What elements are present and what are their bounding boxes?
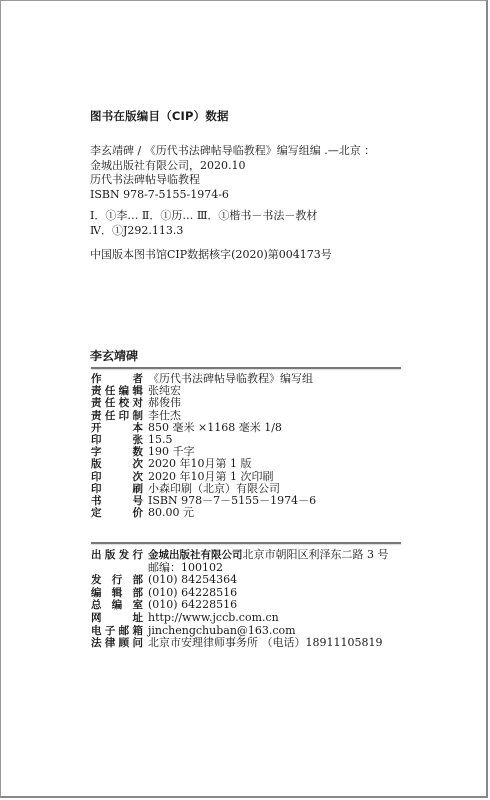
- contact-value: (010) 84254364: [143, 574, 237, 587]
- cip-line: 历代书法碑帖导临教程: [90, 173, 375, 188]
- detail-value: 郝俊伟: [143, 397, 181, 409]
- detail-value: 2020 年10月第 1 版: [143, 458, 251, 470]
- contact-row-distribution: 发行部 (010) 84254364: [91, 574, 389, 587]
- book-title: 李玄靖碑: [90, 347, 138, 364]
- book-details: 作者 《历代书法碑帖导临教程》编写组 责任编辑 张纯宏 责任校对 郝俊伟 责任印…: [91, 373, 316, 519]
- detail-label: 责任校对: [91, 397, 143, 409]
- detail-row-print-supervisor: 责任印制 李仕杰: [91, 410, 316, 422]
- detail-label: 责任编辑: [91, 385, 143, 397]
- detail-value: 李仕杰: [143, 410, 181, 422]
- detail-row-sheets: 印张 15.5: [91, 434, 316, 446]
- detail-label: 作者: [91, 373, 143, 385]
- contact-label: 法律顾问: [91, 637, 143, 650]
- detail-row-edition: 版次 2020 年10月第 1 版: [91, 458, 316, 470]
- cip-record: 李玄靖碑 / 《历代书法碑帖导临教程》编写组编 .—北京 ： 金城出版社有限公司…: [90, 144, 375, 202]
- contact-row-website: 网址 http://www.jccb.com.cn: [91, 612, 389, 625]
- detail-label: 书号: [91, 495, 143, 507]
- website-link[interactable]: http://www.jccb.com.cn: [143, 612, 279, 625]
- publisher-info: 出版发行 金城出版社有限公司 北京市朝阳区利泽东二路 3 号 邮编：100102…: [91, 549, 389, 650]
- cip-line: 李玄靖碑 / 《历代书法碑帖导临教程》编写组编 .—北京 ：: [90, 144, 375, 159]
- detail-row-format: 开本 850 毫米 ×1168 毫米 1/8: [91, 422, 316, 434]
- detail-row-isbn: 书号 ISBN 978－7－5155－1974－6: [91, 495, 316, 507]
- detail-label: 版次: [91, 458, 143, 470]
- divider-top: [91, 367, 401, 369]
- detail-label: 定价: [91, 507, 143, 519]
- cip-line: 金城出版社有限公司，2020.10: [90, 159, 375, 174]
- detail-label: 开本: [91, 422, 143, 434]
- contact-label: 发行部: [91, 574, 143, 587]
- publisher-name: 金城出版社有限公司: [143, 549, 243, 562]
- cip-approval-number: 中国版本图书馆CIP数据核字(2020)第004173号: [90, 246, 332, 262]
- classification-line: Ⅳ．①J292.113.3: [90, 223, 317, 238]
- classification-line: Ⅰ．①李… Ⅱ．①历… Ⅲ．①楷书－书法－教材: [90, 208, 317, 223]
- postcode-row: 邮编：100102: [91, 562, 389, 575]
- divider-bottom: [91, 542, 401, 544]
- publisher-label: 出版发行: [91, 549, 143, 562]
- detail-value: 2020 年10月第 1 次印刷: [143, 471, 273, 483]
- contact-label: 总编室: [91, 599, 143, 612]
- cip-heading: 图书在版编目（CIP）数据: [90, 108, 229, 124]
- publisher-address: 北京市朝阳区利泽东二路 3 号: [243, 549, 389, 562]
- detail-label: 字数: [91, 446, 143, 458]
- detail-label: 印张: [91, 434, 143, 446]
- cip-classification: Ⅰ．①李… Ⅱ．①历… Ⅲ．①楷书－书法－教材 Ⅳ．①J292.113.3: [90, 208, 317, 238]
- detail-label: 印次: [91, 471, 143, 483]
- contact-value: 北京市安理律师事务所 （电话）18911105819: [143, 637, 382, 650]
- detail-row-proofreader: 责任校对 郝俊伟: [91, 397, 316, 409]
- detail-row-printing: 印次 2020 年10月第 1 次印刷: [91, 471, 316, 483]
- contact-label: 电子邮箱: [91, 625, 143, 638]
- detail-label: 印刷: [91, 483, 143, 495]
- contact-label: 网址: [91, 612, 143, 625]
- publisher-row: 出版发行 金城出版社有限公司 北京市朝阳区利泽东二路 3 号: [91, 549, 389, 562]
- cip-line: ISBN 978-7-5155-1974-6: [90, 188, 375, 203]
- detail-value: 80.00 元: [143, 507, 194, 519]
- detail-label: 责任印制: [91, 410, 143, 422]
- detail-row-editor: 责任编辑 张纯宏: [91, 385, 316, 397]
- copyright-page: 图书在版编目（CIP）数据 李玄靖碑 / 《历代书法碑帖导临教程》编写组编 .—…: [0, 0, 488, 798]
- contact-row-editorial: 编辑部 (010) 64228516: [91, 587, 389, 600]
- detail-row-price: 定价 80.00 元: [91, 507, 316, 519]
- detail-row-author: 作者 《历代书法碑帖导临教程》编写组: [91, 373, 316, 385]
- contact-label: 编辑部: [91, 587, 143, 600]
- contact-row-legal: 法律顾问 北京市安理律师事务所 （电话）18911105819: [91, 637, 389, 650]
